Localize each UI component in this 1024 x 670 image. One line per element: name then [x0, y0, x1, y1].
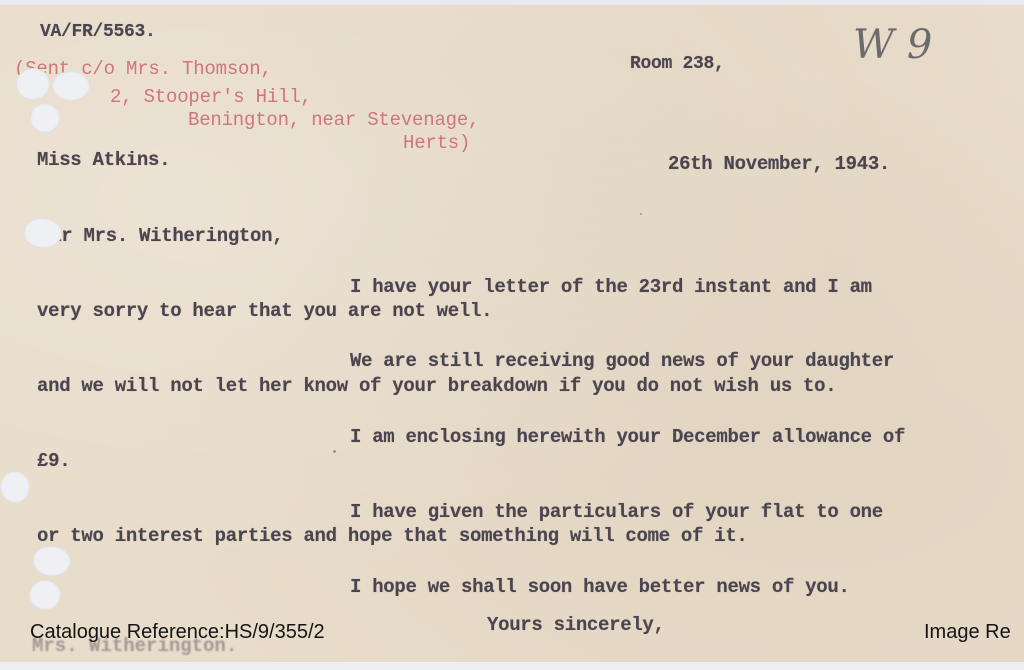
- paragraph-1-line-2: very sorry to hear that you are not well…: [37, 302, 492, 321]
- handwritten-mark: W 9: [853, 25, 932, 65]
- paragraph-4-line-2: or two interest parties and hope that so…: [37, 527, 748, 546]
- paragraph-2-line-2: and we will not let her know of your bre…: [37, 377, 836, 396]
- letter-date: 26th November, 1943.: [668, 155, 890, 174]
- hole-punch: [30, 103, 60, 133]
- ink-speck: [640, 213, 642, 215]
- hole-punch: [29, 580, 61, 610]
- sender-name: Miss Atkins.: [37, 151, 170, 170]
- ink-speck: [333, 450, 336, 453]
- paragraph-3-line-2: £9.: [37, 452, 70, 471]
- salutation: Dear Mrs. Witherington,: [28, 227, 283, 246]
- hole-punch: [24, 218, 62, 248]
- sent-address-line4: Herts): [403, 134, 470, 153]
- sent-address-line2: 2, Stooper's Hill,: [110, 88, 312, 107]
- scan-border: [0, 662, 1024, 670]
- image-reference-label: Image Re: [924, 622, 1011, 642]
- hole-punch: [16, 68, 50, 100]
- hole-punch: [0, 471, 30, 503]
- hole-punch: [52, 71, 90, 101]
- paragraph-3-line-1: I am enclosing herewith your December al…: [350, 428, 905, 447]
- paragraph-1-line-1: I have your letter of the 23rd instant a…: [350, 278, 872, 297]
- scanned-letter: VA/FR/5563. Room 238, W 9 (Sent c/o Mrs.…: [0, 5, 1024, 662]
- paragraph-2-line-1: We are still receiving good news of your…: [350, 352, 894, 371]
- catalogue-reference: Catalogue Reference:HS/9/355/2: [30, 622, 325, 642]
- closing: Yours sincerely,: [487, 616, 665, 635]
- hole-punch: [33, 546, 71, 576]
- sent-address-line1: (Sent c/o Mrs. Thomson,: [14, 60, 272, 79]
- sent-address-line3: Benington, near Stevenage,: [188, 111, 479, 130]
- paragraph-5-line-1: I hope we shall soon have better news of…: [350, 578, 850, 597]
- reference-code: VA/FR/5563.: [40, 23, 156, 41]
- paragraph-4-line-1: I have given the particulars of your fla…: [350, 503, 883, 522]
- room-number: Room 238,: [630, 55, 725, 73]
